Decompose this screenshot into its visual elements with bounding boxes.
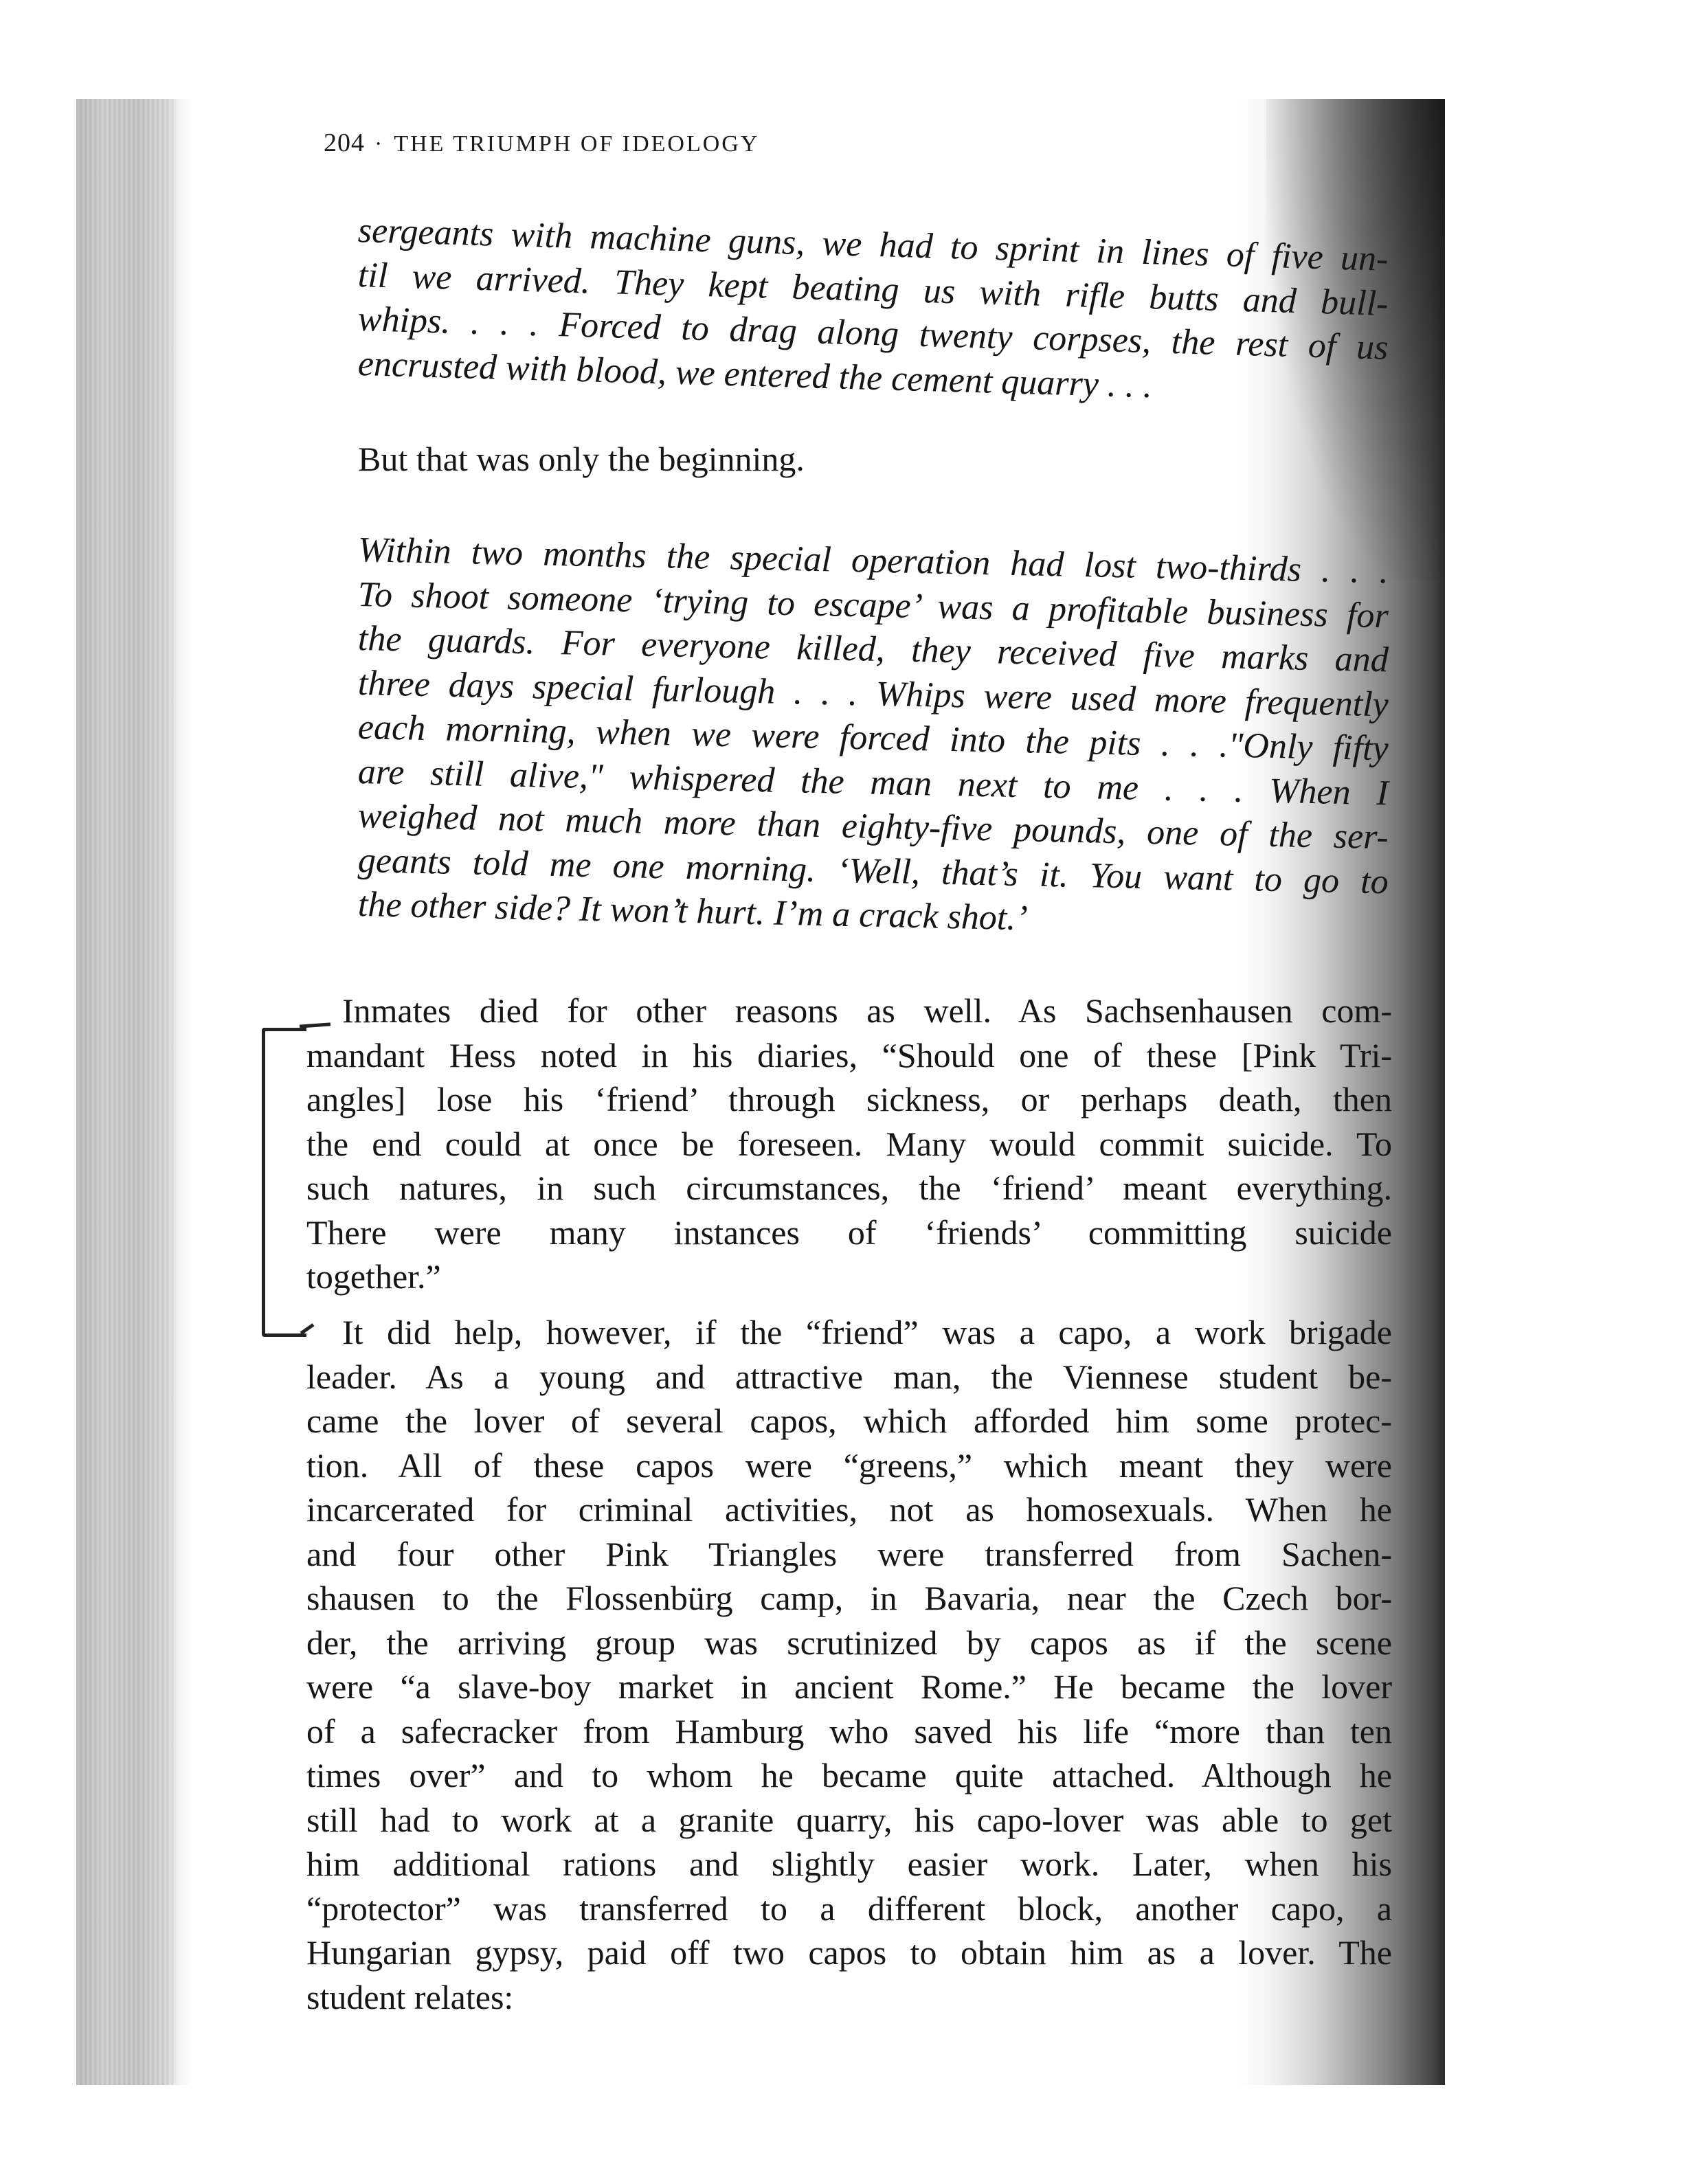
paragraph-line: incarcerated for criminal activities, no… [306,1487,1392,1532]
paragraph-line: together.” [306,1254,1392,1299]
paragraph-line: der, the arriving group was scrutinized … [306,1621,1392,1665]
page-number: 204 [324,128,365,157]
running-head: 204·THE TRIUMPH OF IDEOLOGY [324,128,759,158]
paragraph-line: the end could at once be foreseen. Many … [306,1122,1392,1167]
paragraph-line: There were many instances of ‘friends’ c… [306,1211,1392,1255]
header-separator: · [374,131,384,157]
paragraph-line: leader. As a young and attractive man, t… [306,1355,1392,1399]
paragraph-line: tion. All of these capos were “greens,” … [306,1443,1392,1488]
paragraph-line: Inmates died for other reasons as well. … [306,989,1392,1033]
paragraph-line: shausen to the Flossenbürg camp, in Bava… [306,1576,1392,1621]
handwritten-bracket-annotation [262,1028,306,1337]
narration-line: But that was only the beginning. [358,439,805,479]
paragraph-line: came the lover of several capos, which a… [306,1399,1392,1443]
paragraph-line: student relates: [306,1975,1392,2020]
paragraph-2: It did help, however, if the “friend” wa… [306,1310,1392,2019]
block-quote-2: Within two months the special operation … [358,528,1389,927]
paragraph-line: mandant Hess noted in his diaries, “Shou… [306,1033,1392,1078]
paragraph-line: and four other Pink Triangles were trans… [306,1532,1392,1577]
binding-shadow-strip [76,99,176,2085]
paragraph-line: times over” and to whom he became quite … [306,1753,1392,1798]
paragraph-line: Hungarian gypsy, paid off two capos to o… [306,1930,1392,1975]
paragraph-line: of a safecracker from Hamburg who saved … [306,1709,1392,1754]
paragraph-line: him additional rations and slightly easi… [306,1842,1392,1887]
paragraph-line: angles] lose his ‘friend’ through sickne… [306,1077,1392,1122]
paragraph-line: It did help, however, if the “friend” wa… [306,1310,1392,1355]
paragraph-line: “protector” was transferred to a differe… [306,1887,1392,1931]
paragraph-line: such natures, in such circumstances, the… [306,1166,1392,1211]
paragraph-line: still had to work at a granite quarry, h… [306,1798,1392,1843]
scanned-book-page: 204·THE TRIUMPH OF IDEOLOGY sergeants wi… [76,99,1445,2085]
paragraph-line: were “a slave-boy market in ancient Rome… [306,1665,1392,1709]
book-title: THE TRIUMPH OF IDEOLOGY [394,131,759,157]
block-quote-1: sergeants with machine guns, we had to s… [358,209,1389,386]
paragraph-1: Inmates died for other reasons as well. … [306,989,1392,1299]
